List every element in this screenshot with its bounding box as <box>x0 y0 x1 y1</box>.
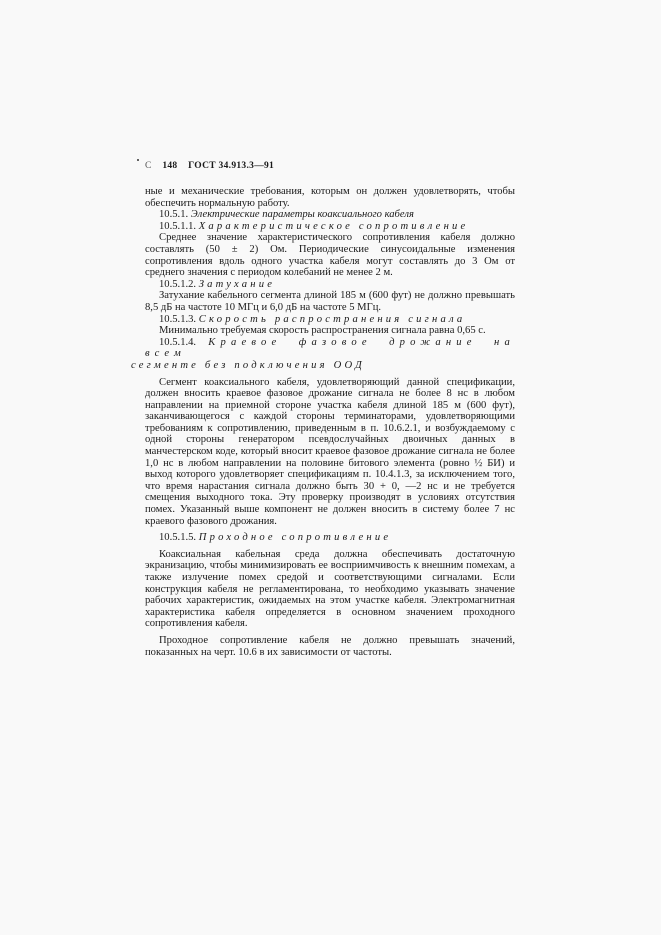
section-10-5-1-heading: 10.5.1. Электрические параметры коаксиал… <box>145 209 515 221</box>
section-10-5-1-1-text: Среднее значение характеристического соп… <box>145 232 515 278</box>
section-10-5-1-5-text-2: Проходное сопротивление кабеля не должно… <box>145 635 515 658</box>
section-number: 10.5.1.1. <box>159 221 196 232</box>
scan-speck <box>137 159 139 161</box>
page-header: С 148 ГОСТ 34.913.3—91 <box>145 160 515 172</box>
standard-id: ГОСТ 34.913.3—91 <box>188 161 274 171</box>
section-10-5-1-1-heading: 10.5.1.1. Характеристическое сопротивлен… <box>145 221 515 233</box>
section-number: 10.5.1.5. <box>159 532 196 543</box>
section-title: Электрические параметры коаксиального ка… <box>191 209 414 220</box>
section-number: 10.5.1.4. <box>159 337 196 348</box>
intro-paragraph: ные и механические требования, которым о… <box>145 186 515 209</box>
section-10-5-1-5-heading: 10.5.1.5. Проходное сопротивление <box>145 532 515 544</box>
section-10-5-1-3-heading: 10.5.1.3. Скорость распространения сигна… <box>145 314 515 326</box>
section-10-5-1-4-text: Сегмент коаксиального кабеля, удовлетвор… <box>145 377 515 528</box>
section-number: 10.5.1.3. <box>159 314 196 325</box>
section-title: Затухание <box>199 279 275 290</box>
section-10-5-1-2-text: Затухание кабельного сегмента длиной 185… <box>145 290 515 313</box>
section-title-line1: Краевое фазовое дрожание на всем <box>145 337 515 360</box>
page-number: 148 <box>162 161 177 171</box>
section-title-line2: сегменте без подключения ООД <box>131 360 365 371</box>
section-number: 10.5.1. <box>159 209 188 220</box>
section-number: 10.5.1.2. <box>159 279 196 290</box>
section-10-5-1-3-text: Минимально требуемая скорость распростра… <box>145 325 515 337</box>
section-10-5-1-5-text: Коаксиальная кабельная среда должна обес… <box>145 549 515 630</box>
header-mark: С <box>145 161 152 171</box>
section-title: Характеристическое сопротивление <box>199 221 469 232</box>
document-page: С 148 ГОСТ 34.913.3—91 ные и механически… <box>145 160 515 658</box>
section-title: Проходное сопротивление <box>199 532 392 543</box>
section-title: Скорость распространения сигнала <box>199 314 466 325</box>
section-10-5-1-4-heading: 10.5.1.4. Краевое фазовое дрожание на вс… <box>145 337 515 372</box>
section-10-5-1-2-heading: 10.5.1.2. Затухание <box>145 279 515 291</box>
